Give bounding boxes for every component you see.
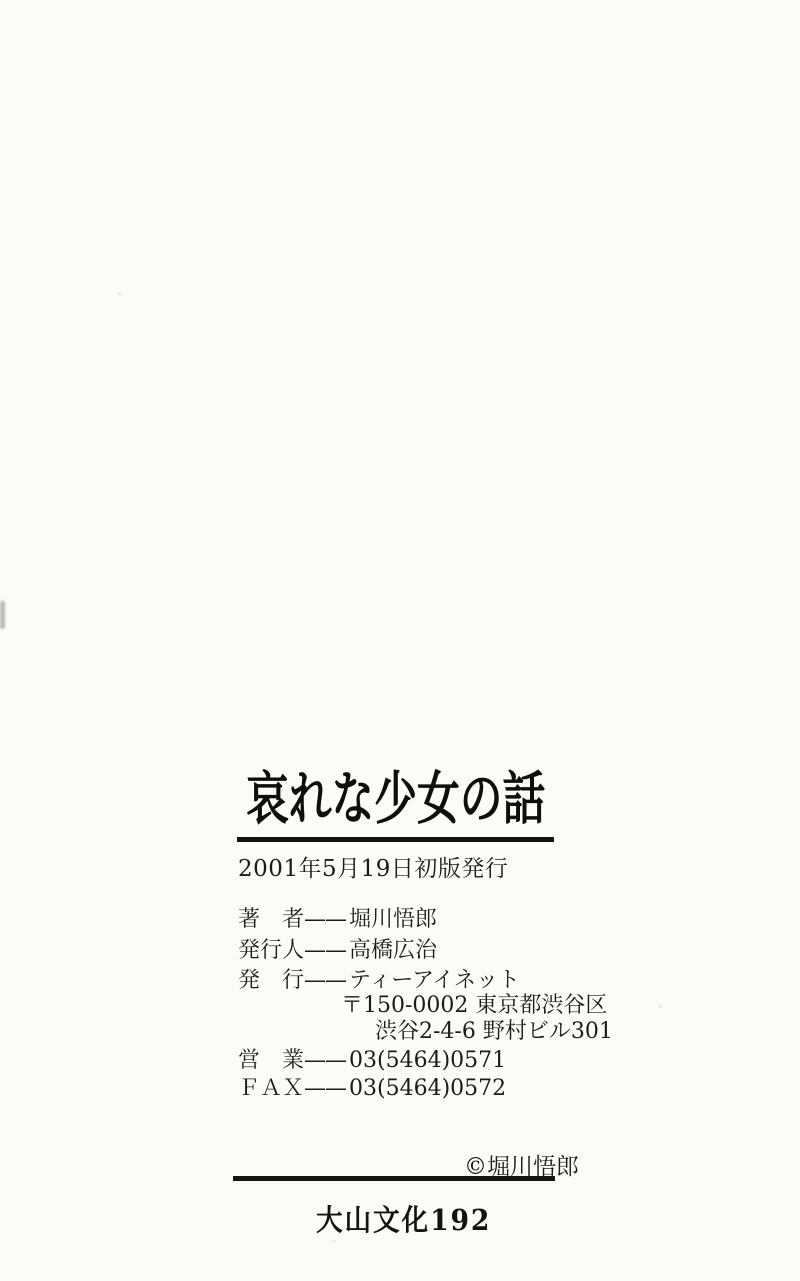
row-dash: —— <box>304 1076 346 1101</box>
scan-speck <box>332 1240 336 1242</box>
row-value: 堀川悟郎 <box>349 902 437 933</box>
colophon-page: 哀れな少女の話 2001年5月19日初版発行 著 者 —— 堀川悟郎 発行人 —… <box>0 0 800 1281</box>
row-value: 03(5464)0571 <box>349 1048 506 1073</box>
row-dash: —— <box>304 938 346 963</box>
row-label: ＦＡＸ <box>238 1071 304 1102</box>
colophon-row-fax: ＦＡＸ —— 03(5464)0572 <box>238 1071 506 1102</box>
title-underline-rule <box>237 837 554 842</box>
colophon-row-sales-phone: 営 業 —— 03(5464)0571 <box>238 1043 506 1074</box>
scan-speck <box>659 1005 662 1008</box>
book-title: 哀れな少女の話 <box>246 768 545 831</box>
row-value: 渋谷2-4-6 野村ビル301 <box>375 1014 613 1045</box>
scan-smudge <box>0 601 5 629</box>
edition-date: 2001年5月19日初版発行 <box>238 850 508 883</box>
row-value: 高橋広治 <box>349 933 437 964</box>
colophon-row-address-line2: 渋谷2-4-6 野村ビル301 <box>238 1014 613 1045</box>
colophon-row-author: 著 者 —— 堀川悟郎 <box>238 902 437 933</box>
bottom-rule <box>233 1176 555 1181</box>
scan-speck <box>118 292 121 295</box>
colophon-row-publisher-person: 発行人 —— 高橋広治 <box>238 933 437 964</box>
row-label: 発行人 <box>238 933 304 964</box>
row-label: 営 業 <box>238 1043 304 1074</box>
row-label: 著 者 <box>238 902 304 933</box>
row-dash: —— <box>304 1048 346 1073</box>
publisher-watermark: 大山文化192 <box>316 1198 491 1239</box>
row-value: 03(5464)0572 <box>349 1076 506 1101</box>
row-dash: —— <box>304 907 346 932</box>
